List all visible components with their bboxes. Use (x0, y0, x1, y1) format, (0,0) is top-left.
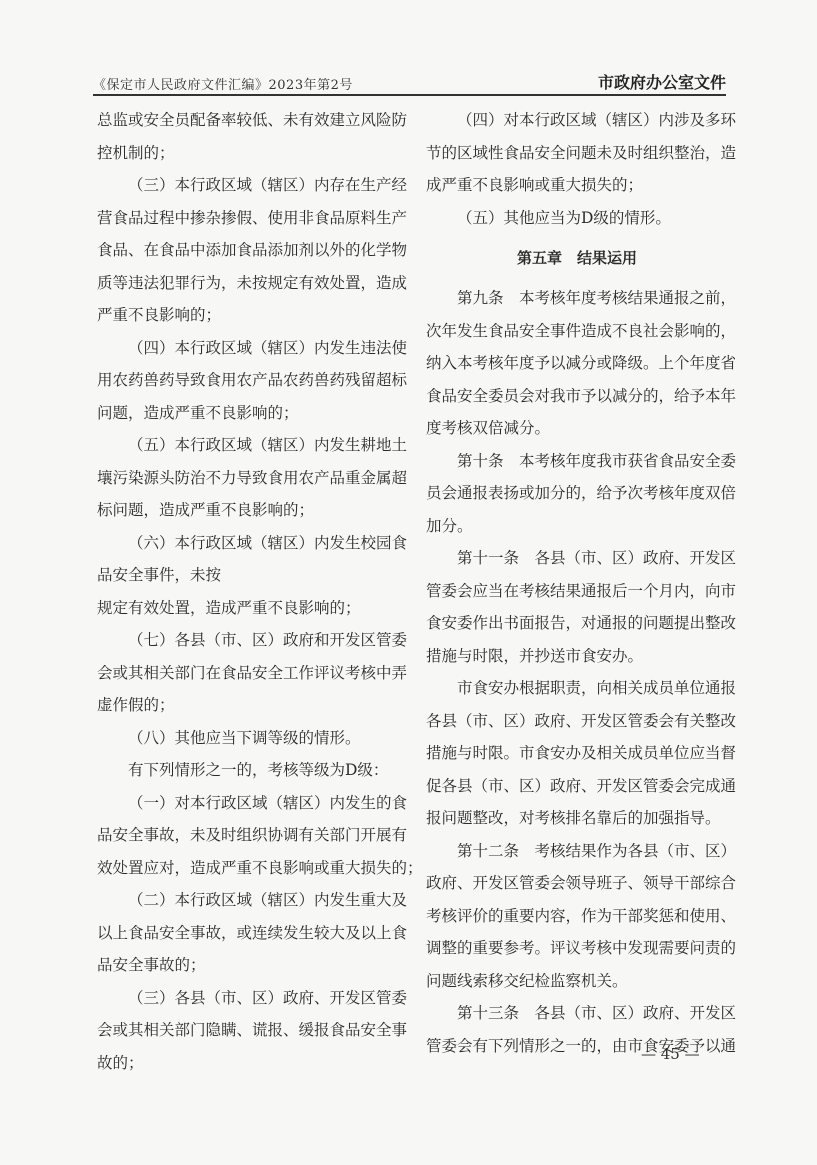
text-line: 政府、开发区管委会领导班子、领导干部综合 (426, 867, 728, 900)
text-line: （六）本行政区域（辖区）内发生校园食 (97, 527, 399, 560)
text-line: 措施与时限。市食安办及相关成员单位应当督 (426, 737, 728, 770)
text-line: 问题，造成严重不良影响的； (97, 397, 399, 430)
text-line: 管委会应当在考核结果通报后一个月内，向市 (426, 575, 728, 608)
text-line: 措施与时限，并抄送市食安办。 (426, 640, 728, 673)
paragraph: （五）本行政区域（辖区）内发生耕地土壤污染源头防治不力导致食用农产品重金属超标问… (97, 429, 399, 527)
text-line: 品安全事故，未及时组织协调有关部门开展有 (97, 819, 399, 852)
text-line: 度考核双倍减分。 (426, 412, 728, 445)
text-line: 标问题，造成严重不良影响的； (97, 494, 399, 527)
text-line: 促各县（市、区）政府、开发区管委会完成通 (426, 770, 728, 803)
header-divider (93, 94, 726, 96)
paragraph: 第十二条 考核结果作为各县（市、区）政府、开发区管委会领导班子、领导干部综合考核… (426, 835, 728, 998)
text-line: 严重不良影响的； (97, 299, 399, 332)
text-line: 食安委作出书面报告，对通报的问题提出整改 (426, 607, 728, 640)
running-header: 《保定市人民政府文件汇编》2023年第2号 市政府办公室文件 (93, 70, 726, 92)
text-line: 效处置应对，造成严重不良影响或重大损失的； (97, 852, 399, 885)
paragraph: （八）其他应当下调等级的情形。 (97, 722, 399, 755)
paragraph: （二）本行政区域（辖区）内发生重大及以上食品安全事故，或连续发生较大及以上食品安… (97, 884, 399, 982)
text-line: 虚作假的； (97, 689, 399, 722)
text-line: 第十条 本考核年度我市获省食品安全委 (426, 445, 728, 478)
text-line: （四）本行政区域（辖区）内发生违法使 (97, 332, 399, 365)
text-line: （八）其他应当下调等级的情形。 (97, 722, 399, 755)
text-line: 有下列情形之一的，考核等级为D级： (97, 754, 399, 787)
right-column-clauses: （四）对本行政区域（辖区）内涉及多环节的区域性食品安全问题未及时组织整治，造成严… (426, 104, 728, 234)
paragraph: 市食安办根据职责，向相关成员单位通报各县（市、区）政府、开发区管委会有关整改措施… (426, 672, 728, 835)
paragraph: （七）各县（市、区）政府和开发区管委会或其相关部门在食品安全工作评议考核中弄虚作… (97, 624, 399, 722)
publication-title: 《保定市人民政府文件汇编》2023年第2号 (93, 74, 353, 93)
text-line: （七）各县（市、区）政府和开发区管委 (97, 624, 399, 657)
page-number: — 45 — (641, 1045, 700, 1063)
document-category: 市政府办公室文件 (598, 70, 726, 93)
paragraph: 有下列情形之一的，考核等级为D级： (97, 754, 399, 787)
paragraph: （三）本行政区域（辖区）内存在生产经营食品过程中掺杂掺假、使用非食品原料生产食品… (97, 169, 399, 332)
paragraph: （四）本行政区域（辖区）内发生违法使用农药兽药导致食用农产品农药兽药残留超标问题… (97, 332, 399, 430)
text-line: 食品、在食品中添加食品添加剂以外的化学物 (97, 234, 399, 267)
text-line: 以上食品安全事故，或连续发生较大及以上食 (97, 917, 399, 950)
text-line: （三）各县（市、区）政府、开发区管委 (97, 982, 399, 1015)
text-line: 调整的重要参考。评议考核中发现需要问责的 (426, 932, 728, 965)
text-line: 各县（市、区）政府、开发区管委会有关整改 (426, 705, 728, 738)
paragraph: （四）对本行政区域（辖区）内涉及多环节的区域性食品安全问题未及时组织整治，造成严… (426, 104, 728, 202)
left-text-column: 总监或安全员配备率较低、未有效建立风险防控机制的；（三）本行政区域（辖区）内存在… (97, 104, 399, 1079)
text-line: （三）本行政区域（辖区）内存在生产经 (97, 169, 399, 202)
paragraph: 第九条 本考核年度考核结果通报之前，次年发生食品安全事件造成不良社会影响的，纳入… (426, 282, 728, 445)
paragraph: （三）各县（市、区）政府、开发区管委会或其相关部门隐瞒、谎报、缓报食品安全事故的… (97, 982, 399, 1080)
text-line: （五）本行政区域（辖区）内发生耕地土 (97, 429, 399, 462)
text-line: 品安全事故的； (97, 949, 399, 982)
text-line: （五）其他应当为D级的情形。 (426, 202, 728, 235)
paragraph: 总监或安全员配备率较低、未有效建立风险防控机制的； (97, 104, 399, 169)
text-line: 市食安办根据职责，向相关成员单位通报 (426, 672, 728, 705)
paragraph: （一）对本行政区域（辖区）内发生的食品安全事故，未及时组织协调有关部门开展有效处… (97, 787, 399, 885)
text-line: 节的区域性食品安全问题未及时组织整治，造 (426, 137, 728, 170)
text-line: 规定有效处置，造成严重不良影响的； (97, 592, 399, 625)
text-line: （四）对本行政区域（辖区）内涉及多环 (426, 104, 728, 137)
text-line: 第十一条 各县（市、区）政府、开发区 (426, 542, 728, 575)
paragraph: 第十条 本考核年度我市获省食品安全委员会通报表扬或加分的，给予次考核年度双倍加分… (426, 445, 728, 543)
right-text-column: （四）对本行政区域（辖区）内涉及多环节的区域性食品安全问题未及时组织整治，造成严… (426, 104, 728, 1062)
paragraph: 第十一条 各县（市、区）政府、开发区管委会应当在考核结果通报后一个月内，向市食安… (426, 542, 728, 672)
text-line: 员会通报表扬或加分的，给予次考核年度双倍 (426, 477, 728, 510)
text-line: 次年发生食品安全事件造成不良社会影响的， (426, 315, 728, 348)
text-line: 品安全事件，未按 (97, 559, 399, 592)
paragraph: （六）本行政区域（辖区）内发生校园食品安全事件，未按规定有效处置，造成严重不良影… (97, 527, 399, 625)
paragraph: （五）其他应当为D级的情形。 (426, 202, 728, 235)
text-line: 第十三条 各县（市、区）政府、开发区 (426, 997, 728, 1030)
text-line: 质等违法犯罪行为，未按规定有效处置，造成 (97, 267, 399, 300)
text-line: 会或其相关部门隐瞒、谎报、缓报食品安全事 (97, 1014, 399, 1047)
text-line: 第九条 本考核年度考核结果通报之前， (426, 282, 728, 315)
text-line: （二）本行政区域（辖区）内发生重大及 (97, 884, 399, 917)
text-line: 考核评价的重要内容，作为干部奖惩和使用、 (426, 900, 728, 933)
text-line: 问题线索移交纪检监察机关。 (426, 965, 728, 998)
text-line: 第十二条 考核结果作为各县（市、区） (426, 835, 728, 868)
text-line: （一）对本行政区域（辖区）内发生的食 (97, 787, 399, 820)
text-line: 故的； (97, 1047, 399, 1080)
text-line: 加分。 (426, 510, 728, 543)
text-line: 报问题整改，对考核排名靠后的加强指导。 (426, 802, 728, 835)
text-line: 壤污染源头防治不力导致食用农产品重金属超 (97, 462, 399, 495)
text-line: 食品安全委员会对我市予以减分的，给予本年 (426, 380, 728, 413)
right-column-articles: 第九条 本考核年度考核结果通报之前，次年发生食品安全事件造成不良社会影响的，纳入… (426, 282, 728, 1062)
chapter-heading: 第五章 结果运用 (426, 234, 728, 282)
text-line: 用农药兽药导致食用农产品农药兽药残留超标 (97, 364, 399, 397)
text-line: 纳入本考核年度予以减分或降级。上个年度省 (426, 347, 728, 380)
text-line: 成严重不良影响或重大损失的； (426, 169, 728, 202)
text-line: 会或其相关部门在食品安全工作评议考核中弄 (97, 657, 399, 690)
text-line: 控机制的； (97, 137, 399, 170)
text-line: 营食品过程中掺杂掺假、使用非食品原料生产 (97, 202, 399, 235)
text-line: 总监或安全员配备率较低、未有效建立风险防 (97, 104, 399, 137)
